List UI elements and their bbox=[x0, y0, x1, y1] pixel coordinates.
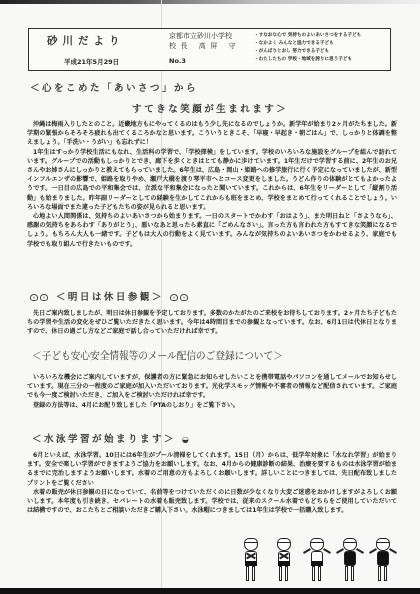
principal-name: 校長 高屏 守 bbox=[169, 41, 240, 51]
issue-date: 平成21年5月29日 bbox=[64, 57, 119, 66]
swimming-children-illustration bbox=[238, 538, 408, 586]
face-icon bbox=[170, 294, 178, 301]
section-body-swimming: 6月といえば、水泳学習。10日には6年生がプール清掃をしてくれます。15日（月）… bbox=[27, 451, 397, 515]
goal-item: すなおな心で 気持ちのよいあいさつをする子ども bbox=[254, 32, 361, 40]
child-figure-icon bbox=[370, 538, 396, 584]
paragraph: 登録の方法等は、4月にお配り致しました「PTAのしおり」をご覧下さい。 bbox=[27, 401, 397, 410]
school-goals-list: すなおな心で 気持ちのよいあいさつをする子ども なかよく みんなと協力できる子ど… bbox=[254, 32, 361, 64]
paragraph: 沖縄は梅雨入りしたとのこと。近畿地方もにやってくるのはもう少し先になるのでしょう… bbox=[27, 120, 397, 148]
goal-item: なかよく みんなと協力できる子ども bbox=[254, 40, 361, 48]
paragraph: 先日ご案内致しましたが、明日は休日参観を予定しております。多数のかたがたのご来校… bbox=[27, 309, 397, 337]
swimmer-icon: ◒ bbox=[182, 435, 191, 444]
section-title-mail-registration: ＜子ども安心安全情報等のメール配信のご登録について＞ bbox=[32, 348, 283, 363]
newsletter-header: 砂川だより 京都市立砂川小学校 校長 高屏 守 平成21年5月29日 No.3 … bbox=[28, 28, 391, 71]
scan-bottom-edge bbox=[0, 588, 420, 594]
goal-item: がんばりとおし 努力できる子ども bbox=[254, 48, 361, 56]
paragraph: 1年生はすっかり学校生活にもなれ、生活科の学習で、「学校探検」をしています。学校… bbox=[27, 148, 397, 212]
goal-item: わたしたちの 学校・地域を誇りに思う子ども bbox=[254, 56, 361, 64]
scan-edge-shadow bbox=[0, 0, 420, 4]
section-title-open-house: ＜明日は休日参観＞ bbox=[30, 289, 190, 303]
newsletter-title: 砂川だより bbox=[47, 33, 125, 48]
issue-number: No.3 bbox=[169, 57, 186, 65]
paragraph: いろいろな機会にご案内していますが、保護者の方に緊急にお知らせしたいことを携帯電… bbox=[27, 373, 397, 401]
paragraph: 6月といえば、水泳学習。10日には6年生がプール清掃をしてくれます。15日（月）… bbox=[27, 451, 397, 488]
section-body-open-house: 先日ご案内致しましたが、明日は休日参観を予定しております。多数のかたがたのご来校… bbox=[27, 309, 397, 337]
child-figure-icon bbox=[337, 538, 363, 584]
paragraph: 心地よい人間関係は、気持ちのよいあいさつから始まります。一日のスタートでかわす「… bbox=[27, 212, 397, 249]
paragraph: 水着の販売が休日参観の日になっていて、名前等をつけていただくのに日数が少なくなり… bbox=[27, 488, 397, 516]
child-figure-icon bbox=[271, 538, 297, 584]
section-body-mail-registration: いろいろな機会にご案内していますが、保護者の方に緊急にお知らせしたいことを携帯電… bbox=[27, 373, 397, 410]
child-figure-icon bbox=[238, 538, 264, 584]
section-body-greeting: 沖縄は梅雨入りしたとのこと。近畿地方もにやってくるのはもう少し先になるのでしょう… bbox=[27, 120, 397, 249]
section-title-swimming: ＜水泳学習が始まります＞ ◒ bbox=[32, 431, 191, 445]
newsletter-page: 砂川だより 京都市立砂川小学校 校長 高屏 守 平成21年5月29日 No.3 … bbox=[0, 0, 420, 594]
face-icon bbox=[30, 294, 38, 301]
section-title-greeting-2: すてきな笑顔が生まれます＞ bbox=[132, 101, 288, 115]
school-name: 京都市立砂川小学校 bbox=[169, 32, 232, 41]
child-figure-icon bbox=[304, 538, 330, 584]
face-icon bbox=[40, 294, 48, 301]
section-title-greeting-1: ＜心をこめた「あいさつ」から bbox=[30, 80, 198, 94]
face-icon bbox=[180, 294, 188, 301]
